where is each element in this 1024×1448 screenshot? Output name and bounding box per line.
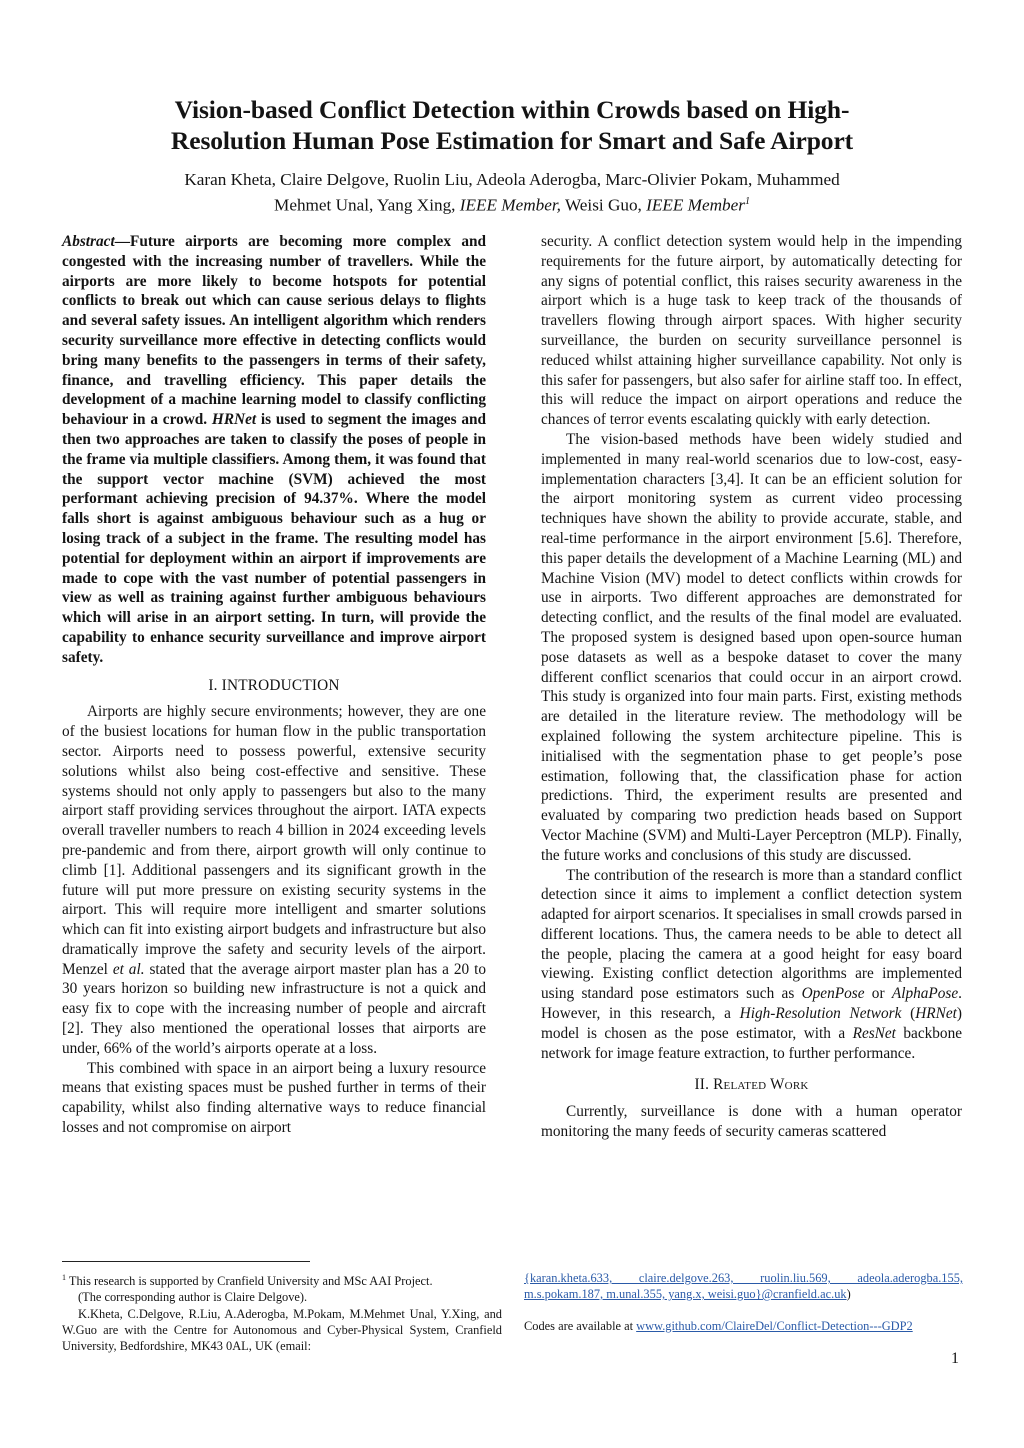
abstract-label: Abstract — [62, 233, 115, 250]
openpose-term: OpenPose — [802, 985, 865, 1002]
footnote-mark: 1 — [745, 196, 750, 207]
page-number: 1 — [951, 1350, 959, 1368]
authors-line-1: Karan Kheta, Claire Delgove, Ruolin Liu,… — [60, 169, 964, 191]
left-column: Abstract—Future airports are becoming mo… — [62, 232, 486, 1138]
intro-paragraph-3: security. A conflict detection system wo… — [541, 232, 962, 430]
codes-label: Codes are available at — [524, 1319, 636, 1333]
intro-text: Airports are highly secure environments;… — [62, 703, 486, 977]
footnote-text: This research is supported by Cranfield … — [66, 1274, 433, 1288]
contribution-text: The contribution of the research is more… — [541, 867, 962, 1003]
authors-line-2: Mehmet Unal, Yang Xing, IEEE Member, Wei… — [60, 191, 964, 217]
section-title: Related Work — [713, 1076, 808, 1093]
paren-open: ( — [901, 1005, 915, 1022]
intro-paragraph-5: The contribution of the research is more… — [541, 866, 962, 1064]
footnote-right: {karan.kheta.633, claire.delgove.263, ru… — [524, 1270, 963, 1302]
author-list: Karan Kheta, Claire Delgove, Ruolin Liu,… — [60, 169, 964, 217]
title-line-2: Resolution Human Pose Estimation for Sma… — [60, 125, 964, 156]
hrnet-term: HRNet — [915, 1005, 957, 1022]
github-link[interactable]: www.github.com/ClaireDel/Conflict-Detect… — [636, 1319, 913, 1333]
code-availability: Codes are available at www.github.com/Cl… — [524, 1318, 913, 1334]
footnote-1-affiliation: K.Kheta, C.Delgove, R.Liu, A.Aderogba, M… — [62, 1306, 502, 1355]
hrnet-full-term: High-Resolution Network — [740, 1005, 902, 1022]
title-line-1: Vision-based Conflict Detection within C… — [60, 94, 964, 125]
alphapose-term: AlphaPose — [892, 985, 958, 1002]
footnote-left: 1 This research is supported by Cranfiel… — [62, 1270, 502, 1354]
et-al: et al. — [113, 961, 145, 978]
text-or: or — [864, 985, 891, 1002]
paper-title: Vision-based Conflict Detection within C… — [60, 94, 964, 156]
abstract-text: Future airports are becoming more comple… — [62, 233, 486, 428]
abstract-dash: — — [115, 233, 130, 250]
footnote-1-line-1: 1 This research is supported by Cranfiel… — [62, 1270, 502, 1289]
section-heading-introduction: I. INTRODUCTION — [62, 676, 486, 696]
section-number: II. — [695, 1076, 714, 1093]
footnote-1-line-2: (The corresponding author is Claire Delg… — [62, 1289, 502, 1305]
intro-paragraph-4: The vision-based methods have been widel… — [541, 430, 962, 866]
right-column: security. A conflict detection system wo… — [541, 232, 962, 1142]
related-work-paragraph-1: Currently, surveillance is done with a h… — [541, 1102, 962, 1142]
author-emails-link[interactable]: {karan.kheta.633, claire.delgove.263, ru… — [524, 1271, 963, 1301]
authors-names-b: Weisi Guo, — [561, 196, 646, 215]
intro-paragraph-1: Airports are highly secure environments;… — [62, 702, 486, 1058]
footnote-divider — [62, 1261, 310, 1262]
ieee-member-label: IEEE Member, — [460, 196, 561, 215]
authors-names-a: Mehmet Unal, Yang Xing, — [274, 196, 460, 215]
abstract: Abstract—Future airports are becoming mo… — [62, 232, 486, 668]
abstract-text-cont: is used to segment the images and then t… — [62, 411, 486, 666]
intro-paragraph-2: This combined with space in an airport b… — [62, 1059, 486, 1138]
abstract-hrnet: HRNet — [212, 411, 256, 428]
section-heading-related-work: II. Related Work — [541, 1075, 962, 1095]
resnet-term: ResNet — [853, 1025, 896, 1042]
ieee-member-label: IEEE Member — [646, 196, 745, 215]
paren-close: ) — [847, 1287, 851, 1301]
